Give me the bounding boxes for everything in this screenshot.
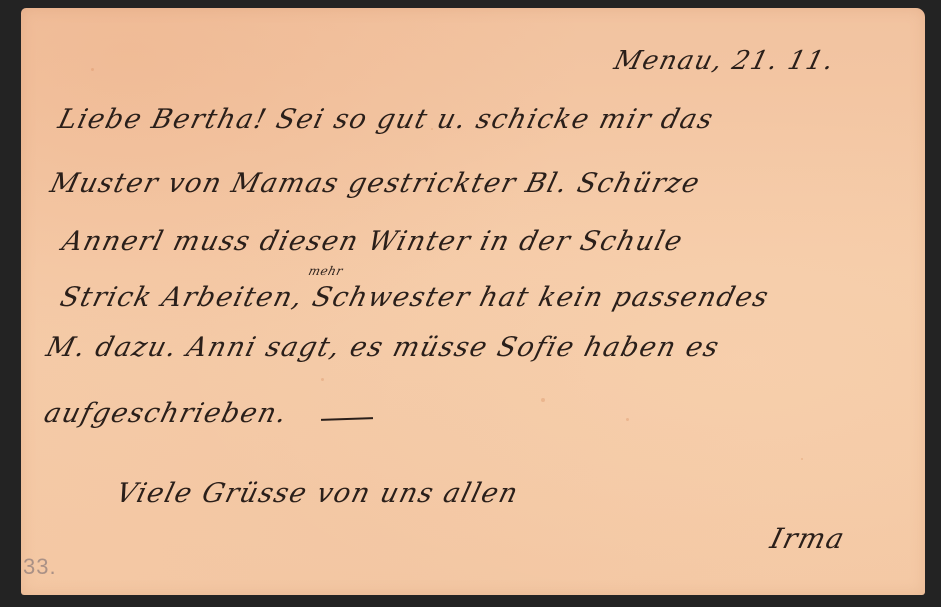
signature: Irma xyxy=(767,522,849,555)
letter-line-2: Muster von Mamas gestrickter Bl. Schürze xyxy=(47,168,704,199)
paper-speck xyxy=(541,398,545,402)
letter-line-3: Annerl muss diesen Winter in der Schule xyxy=(59,226,687,257)
closing-greeting: Viele Grüsse von uns allen xyxy=(113,478,522,509)
interlinear-insertion: mehr xyxy=(307,264,344,278)
scan-frame: Menau, 21. 11. Liebe Bertha! Sei so gut … xyxy=(0,0,941,607)
letter-line-1: Liebe Bertha! Sei so gut u. schicke mir … xyxy=(55,104,717,135)
letter-line-6: aufgeschrieben. xyxy=(41,398,291,429)
paper-speck xyxy=(801,458,803,460)
letter-line-4: Strick Arbeiten, Schwester hat kein pass… xyxy=(57,282,773,313)
postcard: Menau, 21. 11. Liebe Bertha! Sei so gut … xyxy=(21,8,925,595)
paper-speck xyxy=(91,68,94,71)
flourish-underline xyxy=(321,417,373,421)
pencil-margin-number: 33. xyxy=(23,554,57,580)
paper-speck xyxy=(321,378,324,381)
paper-speck xyxy=(626,418,629,421)
place-date: Menau, 21. 11. xyxy=(611,46,838,76)
letter-line-5: M. dazu. Anni sagt, es müsse Sofie haben… xyxy=(43,332,723,363)
